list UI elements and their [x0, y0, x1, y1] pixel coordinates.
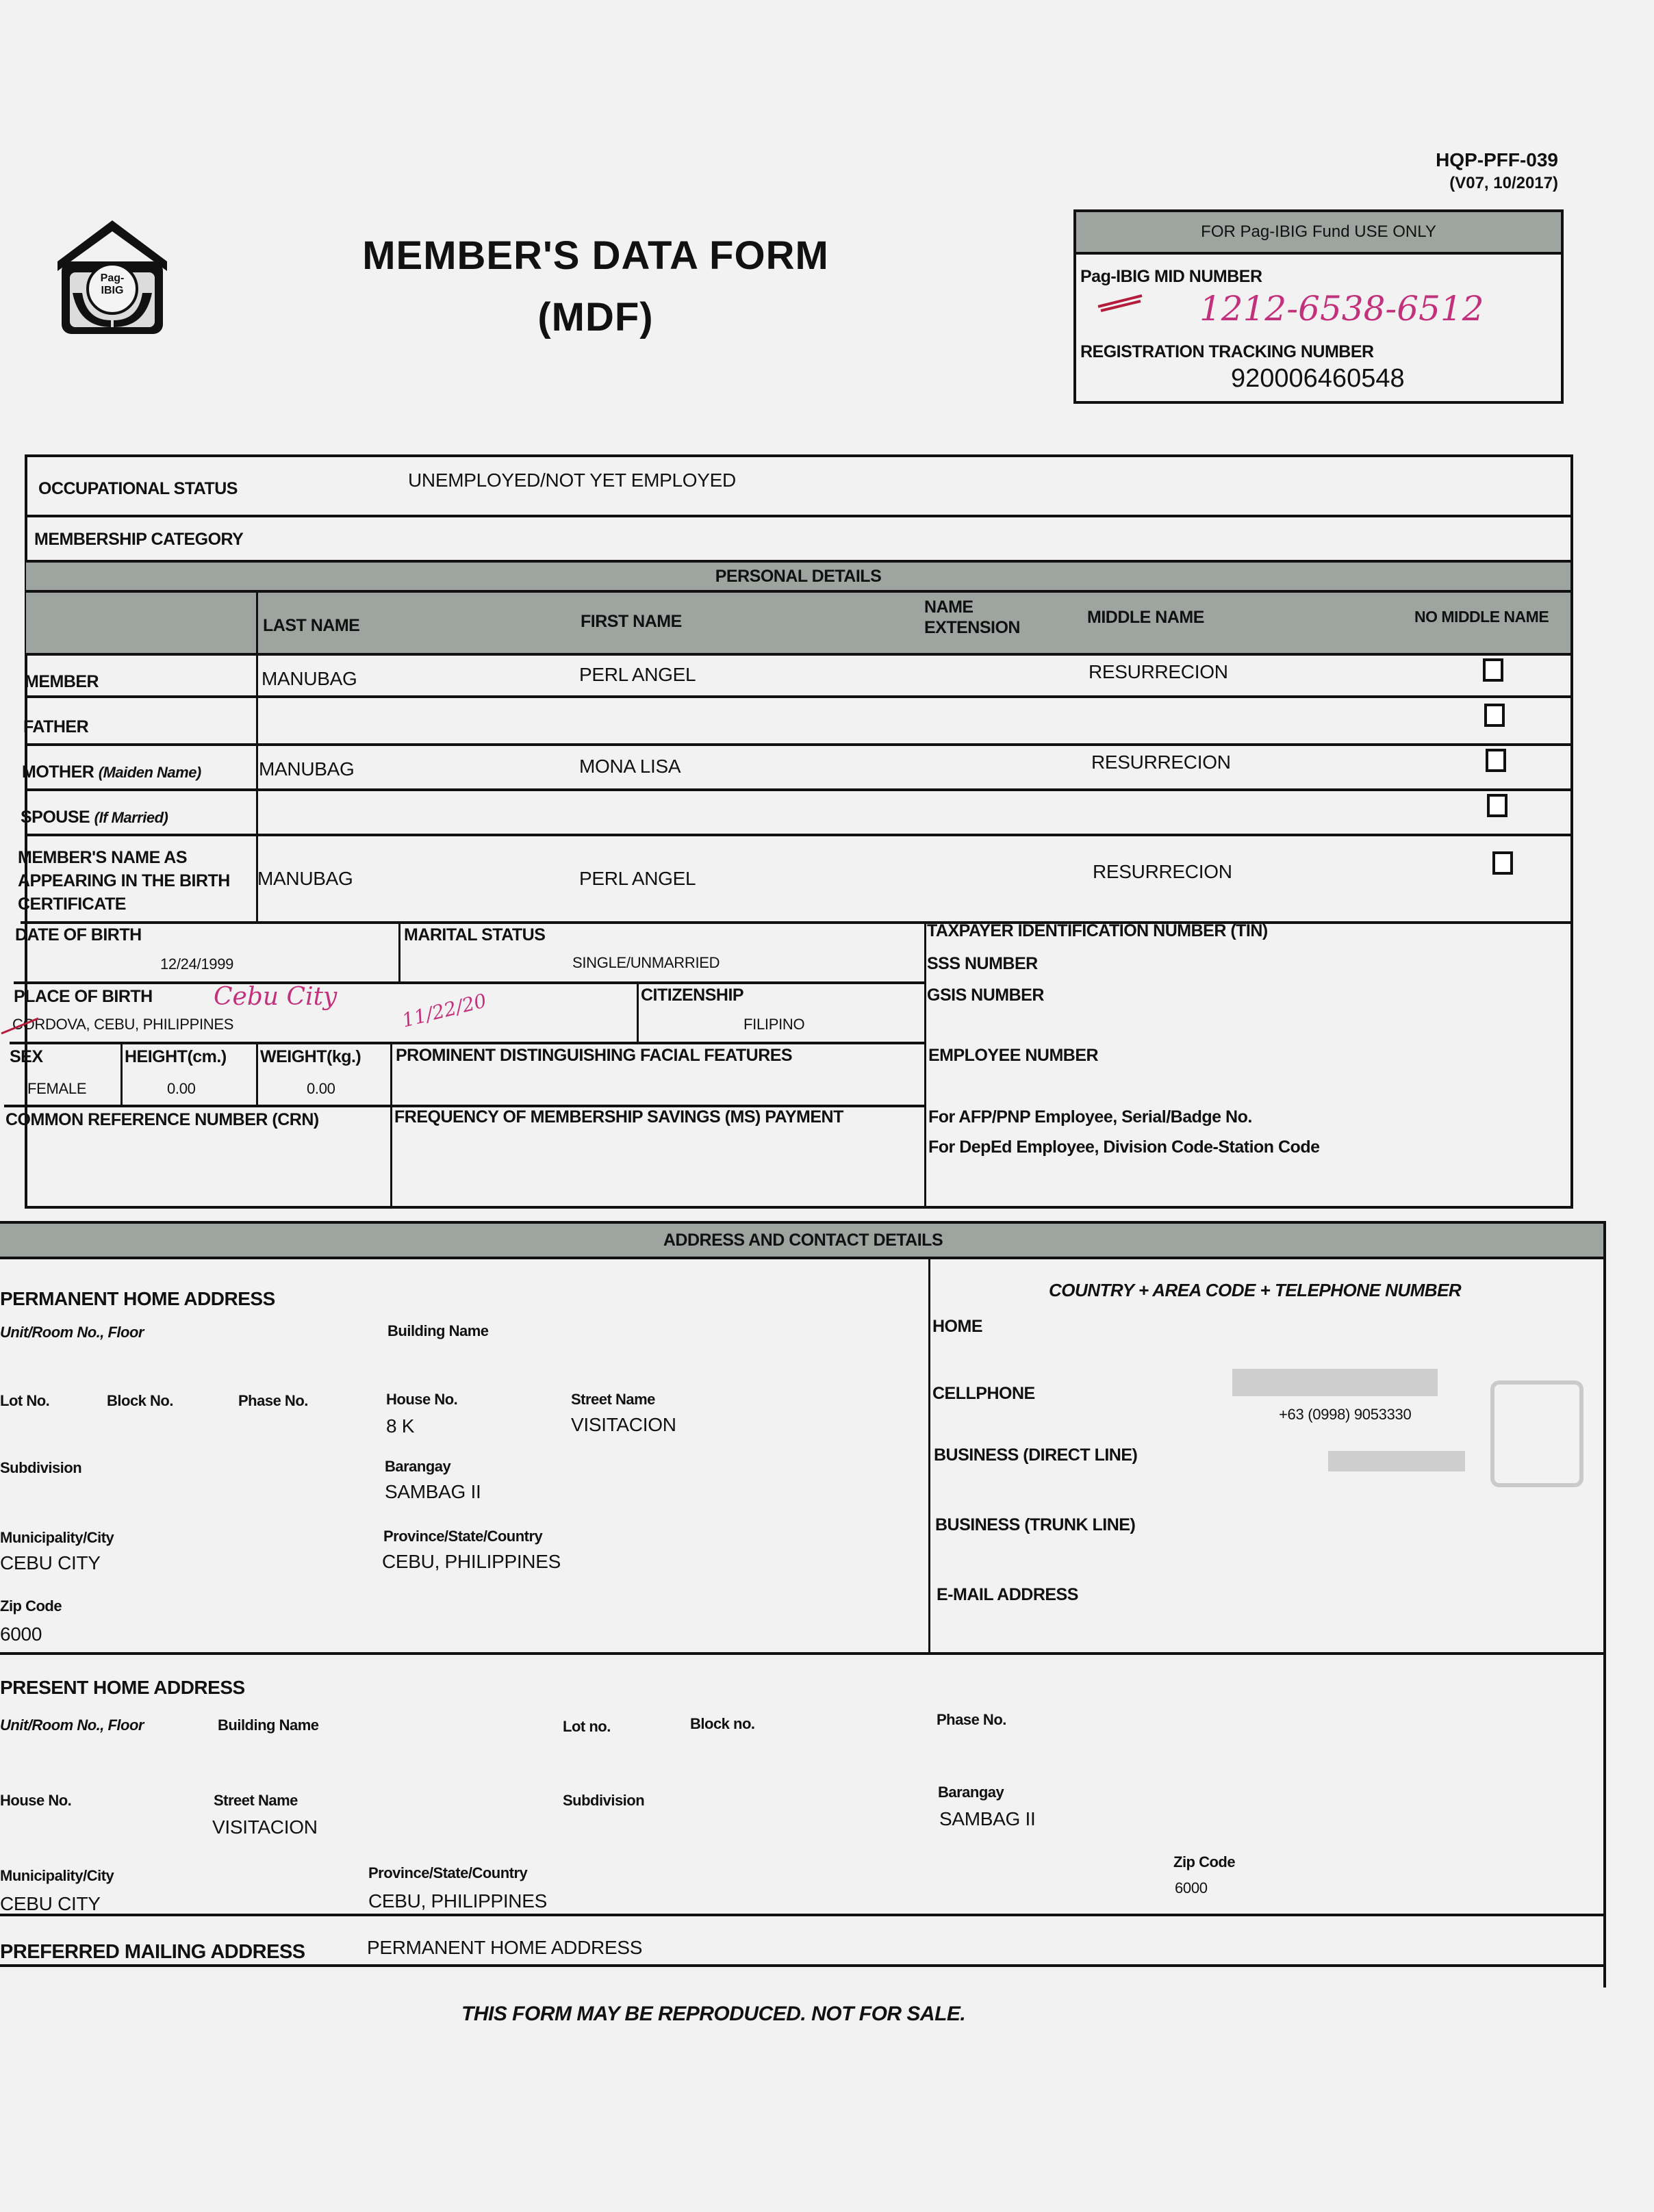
- col-name-extension: NAME EXTENSION: [924, 597, 1034, 638]
- perm-city-value[interactable]: CEBU CITY: [0, 1552, 101, 1574]
- faded-stamp: [1225, 1362, 1588, 1506]
- pres-zip-label: Zip Code: [1173, 1853, 1235, 1871]
- rtn-label: REGISTRATION TRACKING NUMBER: [1080, 342, 1374, 362]
- row-label-member: MEMBER: [25, 672, 99, 692]
- perm-block-label: Block No.: [107, 1392, 173, 1410]
- bc-first-name[interactable]: PERL ANGEL: [579, 868, 696, 890]
- fund-use-header: FOR Pag-IBIG Fund USE ONLY: [1076, 212, 1561, 255]
- facial-features-label: PROMINENT DISTINGUISHING FACIAL FEATURES: [396, 1046, 792, 1066]
- deped-label: For DepEd Employee, Division Code-Statio…: [928, 1137, 1320, 1157]
- form-version: (V07, 10/2017): [1449, 174, 1558, 193]
- bc-last-name[interactable]: MANUBAG: [257, 868, 353, 890]
- pres-unit-label: Unit/Room No., Floor: [0, 1716, 144, 1734]
- row-label-spouse: SPOUSE (If Married): [21, 808, 168, 827]
- pres-lot-label: Lot no.: [563, 1718, 611, 1736]
- logo-text-line1: Pag-: [101, 272, 125, 284]
- marital-status-value[interactable]: SINGLE/UNMARRIED: [572, 954, 720, 972]
- marital-status-label: MARITAL STATUS: [404, 925, 545, 945]
- red-strike-mark: [1097, 292, 1145, 305]
- occupational-status-value[interactable]: UNEMPLOYED/NOT YET EMPLOYED: [408, 470, 736, 491]
- mother-last-name[interactable]: MANUBAG: [259, 758, 354, 780]
- pres-street-value[interactable]: VISITACION: [212, 1816, 318, 1838]
- pag-ibig-logo: Pag- IBIG: [52, 218, 173, 338]
- perm-province-value[interactable]: CEBU, PHILIPPINES: [382, 1551, 561, 1573]
- address-contact-title: ADDRESS AND CONTACT DETAILS: [663, 1231, 943, 1250]
- pres-province-label: Province/State/Country: [368, 1864, 527, 1882]
- perm-building-label: Building Name: [387, 1322, 489, 1340]
- bc-no-middle-name-checkbox[interactable]: [1492, 851, 1513, 875]
- spouse-no-middle-name-checkbox[interactable]: [1487, 794, 1507, 817]
- col-no-middle-name: NO MIDDLE NAME: [1414, 608, 1549, 626]
- mother-no-middle-name-checkbox[interactable]: [1486, 749, 1506, 772]
- father-no-middle-name-checkbox[interactable]: [1484, 704, 1505, 727]
- form-code: HQP-PFF-039: [1436, 149, 1558, 171]
- pres-barangay-value[interactable]: SAMBAG II: [939, 1808, 1035, 1830]
- place-of-birth-handwritten-correction: Cebu City: [214, 983, 337, 1011]
- crn-label: COMMON REFERENCE NUMBER (CRN): [5, 1110, 319, 1130]
- perm-province-label: Province/State/Country: [383, 1528, 542, 1545]
- pres-building-label: Building Name: [218, 1716, 319, 1734]
- pres-block-label: Block no.: [690, 1715, 755, 1733]
- address-contact-header: ADDRESS AND CONTACT DETAILS: [0, 1224, 1606, 1257]
- pres-subdivision-label: Subdivision: [563, 1792, 644, 1810]
- permanent-address-title: PERMANENT HOME ADDRESS: [0, 1288, 275, 1310]
- footer-note: THIS FORM MAY BE REPRODUCED. NOT FOR SAL…: [461, 2003, 965, 2026]
- dob-value[interactable]: 12/24/1999: [160, 955, 233, 973]
- form-title-abbrev: (MDF): [329, 294, 863, 340]
- sex-value[interactable]: FEMALE: [27, 1080, 86, 1098]
- tin-label: TAXPAYER IDENTIFICATION NUMBER (TIN): [927, 921, 1268, 941]
- afp-pnp-label: For AFP/PNP Employee, Serial/Badge No.: [928, 1107, 1252, 1127]
- pres-phase-label: Phase No.: [937, 1711, 1006, 1729]
- strike-through-mark: [0, 1016, 41, 1029]
- col-middle-name: MIDDLE NAME: [1087, 608, 1204, 628]
- weight-label: WEIGHT(kg.): [260, 1047, 361, 1067]
- height-value[interactable]: 0.00: [167, 1080, 196, 1098]
- rtn-value[interactable]: 920006460548: [1231, 364, 1405, 394]
- member-last-name[interactable]: MANUBAG: [262, 668, 357, 690]
- member-middle-name[interactable]: RESURRECION: [1089, 661, 1228, 683]
- sss-label: SSS NUMBER: [927, 954, 1038, 974]
- personal-details-header: PERSONAL DETAILS: [26, 563, 1570, 590]
- perm-house-label: House No.: [386, 1391, 457, 1409]
- perm-zip-value[interactable]: 6000: [0, 1623, 42, 1645]
- mother-middle-name[interactable]: RESURRECION: [1091, 751, 1231, 773]
- row-label-birth-certificate-name: MEMBER'S NAME AS APPEARING IN THE BIRTH …: [18, 846, 251, 916]
- mother-first-name[interactable]: MONA LISA: [579, 756, 680, 777]
- membership-category-label: MEMBERSHIP CATEGORY: [34, 530, 243, 550]
- employee-number-label: EMPLOYEE NUMBER: [928, 1046, 1098, 1066]
- perm-barangay-label: Barangay: [385, 1458, 450, 1476]
- fund-use-only-box: FOR Pag-IBIG Fund USE ONLY Pag-IBIG MID …: [1073, 209, 1564, 404]
- occupational-status-label: OCCUPATIONAL STATUS: [38, 479, 238, 499]
- cellphone-label: CELLPHONE: [932, 1384, 1035, 1404]
- form-title: MEMBER'S DATA FORM: [329, 233, 863, 279]
- mid-number-label: Pag-IBIG MID NUMBER: [1080, 267, 1262, 287]
- perm-phase-label: Phase No.: [238, 1392, 308, 1410]
- pres-province-value[interactable]: CEBU, PHILIPPINES: [368, 1890, 547, 1912]
- perm-barangay-value[interactable]: SAMBAG II: [385, 1481, 481, 1503]
- pres-city-label: Municipality/City: [0, 1867, 114, 1885]
- col-last-name: LAST NAME: [263, 616, 359, 636]
- col-first-name: FIRST NAME: [581, 612, 682, 632]
- email-label: E-MAIL ADDRESS: [937, 1585, 1078, 1605]
- perm-street-label: Street Name: [571, 1391, 655, 1409]
- perm-lot-label: Lot No.: [0, 1392, 49, 1410]
- pres-street-label: Street Name: [214, 1792, 298, 1810]
- mid-number-value[interactable]: 1212-6538-6512: [1199, 289, 1484, 329]
- present-address-title: PRESENT HOME ADDRESS: [0, 1677, 245, 1699]
- perm-unit-label: Unit/Room No., Floor: [0, 1324, 144, 1341]
- perm-subdivision-label: Subdivision: [0, 1459, 81, 1477]
- preferred-mailing-value[interactable]: PERMANENT HOME ADDRESS: [367, 1937, 642, 1959]
- sex-label: SEX: [10, 1047, 43, 1067]
- row-label-father: FATHER: [23, 717, 88, 737]
- member-first-name[interactable]: PERL ANGEL: [579, 664, 696, 686]
- perm-zip-label: Zip Code: [0, 1597, 62, 1615]
- perm-street-value[interactable]: VISITACION: [571, 1414, 676, 1436]
- personal-details-title: PERSONAL DETAILS: [715, 567, 882, 586]
- place-of-birth-value[interactable]: CORDOVA, CEBU, PHILIPPINES: [12, 1016, 233, 1033]
- height-label: HEIGHT(cm.): [125, 1047, 227, 1067]
- pres-house-label: House No.: [0, 1792, 71, 1810]
- perm-house-value[interactable]: 8 K: [386, 1415, 414, 1437]
- place-of-birth-label: PLACE OF BIRTH: [14, 987, 153, 1007]
- pres-barangay-label: Barangay: [938, 1784, 1004, 1801]
- row-label-mother: MOTHER (Maiden Name): [22, 762, 201, 782]
- dob-label: DATE OF BIRTH: [15, 925, 142, 945]
- preferred-mailing-label: PREFERRED MAILING ADDRESS: [0, 1941, 305, 1964]
- contact-header: COUNTRY + AREA CODE + TELEPHONE NUMBER: [1049, 1280, 1461, 1301]
- weight-value[interactable]: 0.00: [307, 1080, 335, 1098]
- citizenship-label: CITIZENSHIP: [641, 986, 743, 1005]
- business-direct-label: BUSINESS (DIRECT LINE): [934, 1445, 1137, 1465]
- pres-city-value[interactable]: CEBU CITY: [0, 1893, 101, 1915]
- perm-city-label: Municipality/City: [0, 1529, 114, 1547]
- gsis-label: GSIS NUMBER: [927, 986, 1044, 1005]
- logo-text-line2: IBIG: [101, 285, 124, 296]
- bc-middle-name[interactable]: RESURRECION: [1093, 861, 1232, 883]
- ms-frequency-label: FREQUENCY OF MEMBERSHIP SAVINGS (MS) PAY…: [394, 1107, 843, 1127]
- business-trunk-label: BUSINESS (TRUNK LINE): [935, 1515, 1135, 1535]
- home-phone-label: HOME: [932, 1317, 982, 1337]
- member-no-middle-name-checkbox[interactable]: [1483, 658, 1503, 682]
- citizenship-value[interactable]: FILIPINO: [743, 1016, 804, 1033]
- pres-zip-value[interactable]: 6000: [1175, 1879, 1208, 1897]
